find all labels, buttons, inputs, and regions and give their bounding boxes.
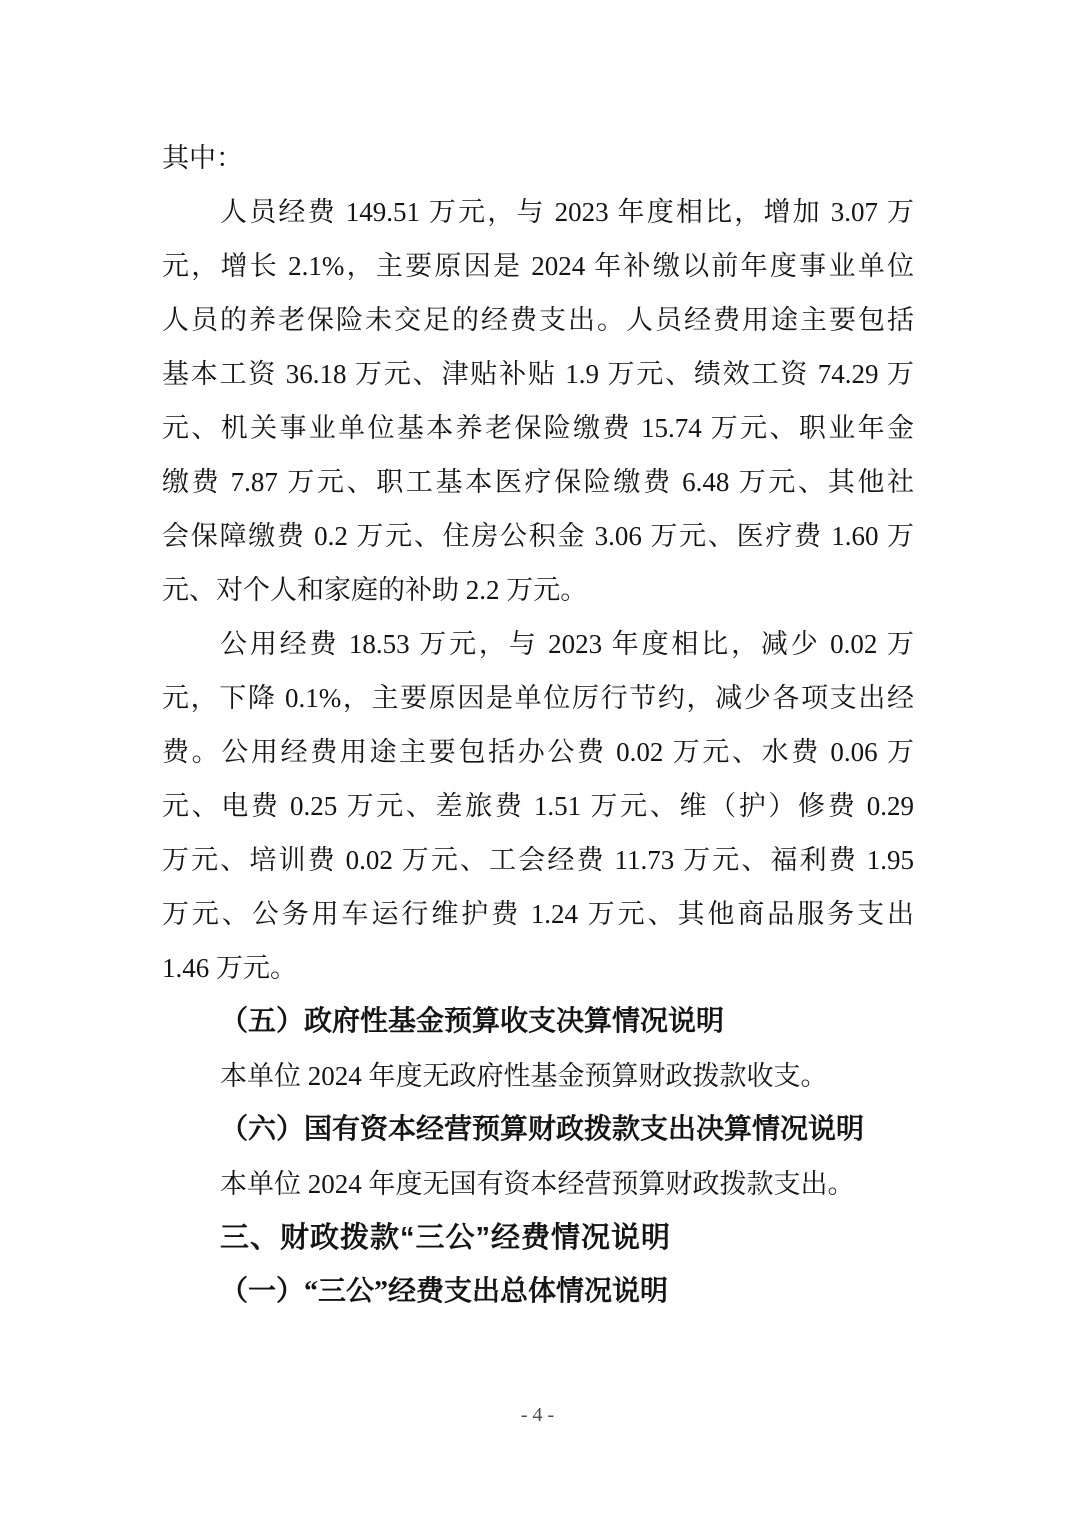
page-number: - 4 -: [0, 1400, 1075, 1430]
paragraph-line: 万元、培训费 0.02 万元、工会经费 11.73 万元、福利费 1.95: [162, 833, 914, 887]
paragraph-line: 缴费 7.87 万元、职工基本医疗保险缴费 6.48 万元、其他社: [162, 455, 914, 509]
section-heading-1: （一）“三公”经费支出总体情况说明: [162, 1265, 914, 1319]
paragraph-line: 其中：: [162, 131, 914, 185]
document-body: 其中： 人员经费 149.51 万元，与 2023 年度相比，增加 3.07 万…: [162, 131, 914, 1319]
chapter-heading-3: 三、财政拨款“三公”经费情况说明: [162, 1211, 914, 1265]
paragraph-line: 元、机关事业单位基本养老保险缴费 15.74 万元、职业年金: [162, 401, 914, 455]
section-heading-6: （六）国有资本经营预算财政拨款支出决算情况说明: [162, 1103, 914, 1157]
paragraph-line: 人员经费 149.51 万元，与 2023 年度相比，增加 3.07 万: [162, 185, 914, 239]
paragraph-line: 人员的养老保险未交足的经费支出。人员经费用途主要包括: [162, 293, 914, 347]
paragraph-line: 会保障缴费 0.2 万元、住房公积金 3.06 万元、医疗费 1.60 万: [162, 509, 914, 563]
document-page: 其中： 人员经费 149.51 万元，与 2023 年度相比，增加 3.07 万…: [0, 0, 1075, 1520]
paragraph-line: 元，增长 2.1%，主要原因是 2024 年补缴以前年度事业单位: [162, 239, 914, 293]
section-heading-5: （五）政府性基金预算收支决算情况说明: [162, 995, 914, 1049]
paragraph-line: 元、对个人和家庭的补助 2.2 万元。: [162, 563, 914, 617]
paragraph-line: 公用经费 18.53 万元，与 2023 年度相比，减少 0.02 万: [162, 617, 914, 671]
paragraph-line: 1.46 万元。: [162, 941, 914, 995]
paragraph-line: 基本工资 36.18 万元、津贴补贴 1.9 万元、绩效工资 74.29 万: [162, 347, 914, 401]
paragraph-line: 万元、公务用车运行维护费 1.24 万元、其他商品服务支出: [162, 887, 914, 941]
paragraph-line: 元、电费 0.25 万元、差旅费 1.51 万元、维（护）修费 0.29: [162, 779, 914, 833]
paragraph-line: 本单位 2024 年度无政府性基金预算财政拨款收支。: [162, 1049, 914, 1103]
paragraph-line: 费。公用经费用途主要包括办公费 0.02 万元、水费 0.06 万: [162, 725, 914, 779]
paragraph-line: 本单位 2024 年度无国有资本经营预算财政拨款支出。: [162, 1157, 914, 1211]
paragraph-line: 元，下降 0.1%，主要原因是单位厉行节约，减少各项支出经: [162, 671, 914, 725]
